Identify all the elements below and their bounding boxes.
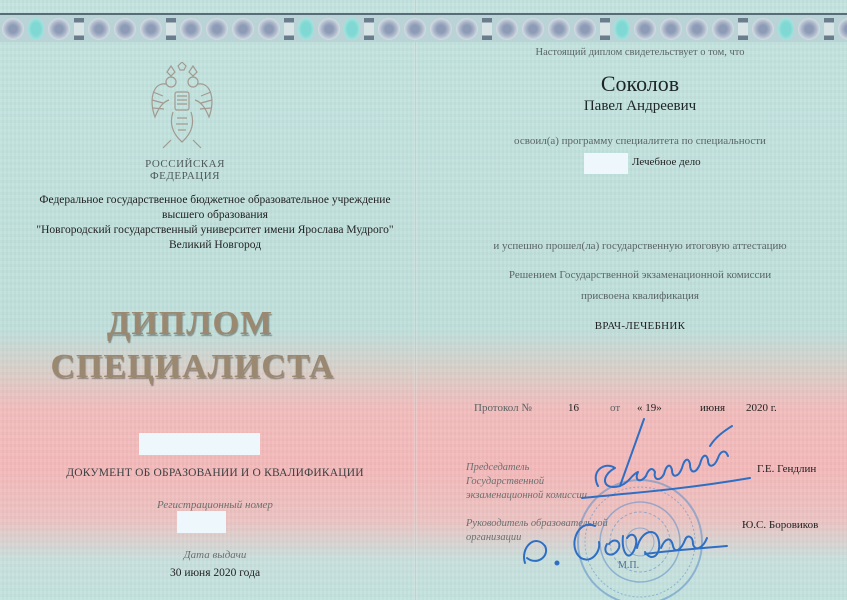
registration-number-redacted xyxy=(177,511,226,533)
specialty-code-redacted xyxy=(584,153,628,174)
head-name: Ю.С. Боровиков xyxy=(742,519,818,531)
protocol-day: « 19» xyxy=(637,402,662,414)
chair-signature-icon xyxy=(560,416,770,511)
ornament-icon xyxy=(752,18,774,40)
ornament-icon xyxy=(88,18,110,40)
protocol-month: июня xyxy=(700,402,725,414)
commission-decision-text: Решением Государственной экзаменационной… xyxy=(450,269,830,281)
specialty-name: Лечебное дело xyxy=(632,156,701,168)
institution-city: Великий Новгород xyxy=(20,238,410,253)
ornament-icon xyxy=(344,18,360,40)
ornament-icon xyxy=(206,18,228,40)
ornament-icon xyxy=(838,18,847,40)
registration-label: Регистрационный номер xyxy=(100,499,330,511)
document-caption: ДОКУМЕНТ ОБ ОБРАЗОВАНИИ И О КВАЛИФИКАЦИИ xyxy=(20,467,410,479)
ornament-icon xyxy=(778,18,794,40)
issue-date: 30 июня 2020 года xyxy=(100,567,330,579)
protocol-label: Протокол № xyxy=(474,402,532,414)
graduate-given-names: Павел Андреевич xyxy=(450,98,830,115)
graduate-surname: Соколов xyxy=(450,71,830,97)
ornament-icon xyxy=(600,18,610,40)
institution-line-2: высшего образования xyxy=(20,208,410,223)
page-fold xyxy=(414,0,417,600)
ornament-icon xyxy=(738,18,748,40)
protocol-number: 16 xyxy=(568,402,579,414)
serial-number-redacted xyxy=(139,433,260,455)
ornament-icon xyxy=(180,18,202,40)
ornament-icon xyxy=(798,18,820,40)
ornament-icon xyxy=(232,18,254,40)
ornament-icon xyxy=(824,18,834,40)
ornament-icon xyxy=(48,18,70,40)
ornament-icon xyxy=(28,18,44,40)
ornament-icon xyxy=(482,18,492,40)
ornament-icon xyxy=(140,18,162,40)
ornament-icon xyxy=(634,18,656,40)
coat-of-arms-icon xyxy=(147,62,217,152)
ornament-icon xyxy=(364,18,374,40)
head-signature-icon xyxy=(515,508,730,573)
ornamental-border xyxy=(0,13,847,42)
ornament-icon xyxy=(496,18,518,40)
diploma-title-line-2: СПЕЦИАЛИСТА xyxy=(20,348,365,386)
ornament-icon xyxy=(430,18,452,40)
protocol-from: от xyxy=(610,402,620,414)
country-name: РОССИЙСКАЯ ФЕДЕРАЦИЯ xyxy=(110,158,260,182)
ornament-icon xyxy=(318,18,340,40)
ornament-icon xyxy=(686,18,708,40)
ornament-icon xyxy=(522,18,544,40)
intro-text: Настоящий диплом свидетельствует о том, … xyxy=(450,47,830,58)
attestation-text: и успешно прошел(ла) государственную ито… xyxy=(450,240,830,252)
ornament-icon xyxy=(74,18,84,40)
issue-date-label: Дата выдачи xyxy=(100,549,330,561)
ornament-icon xyxy=(2,18,24,40)
diploma-title-line-1: ДИПЛОМ xyxy=(60,305,320,343)
ornament-icon xyxy=(298,18,314,40)
institution-line-1: Федеральное государственное бюджетное об… xyxy=(20,193,410,208)
qualification-assigned-text: присвоена квалификация xyxy=(450,290,830,302)
protocol-year: 2020 г. xyxy=(746,402,777,414)
ornament-icon xyxy=(284,18,294,40)
program-text: освоил(а) программу специалитета по спец… xyxy=(450,135,830,147)
institution-line-3: "Новгородский государственный университе… xyxy=(20,223,410,238)
ornament-icon xyxy=(712,18,734,40)
ornament-icon xyxy=(166,18,176,40)
ornament-icon xyxy=(114,18,136,40)
institution-block: Федеральное государственное бюджетное об… xyxy=(20,193,410,253)
qualification: ВРАЧ-ЛЕЧЕБНИК xyxy=(450,320,830,332)
ornament-icon xyxy=(378,18,400,40)
ornament-icon xyxy=(574,18,596,40)
ornament-icon xyxy=(456,18,478,40)
ornament-icon xyxy=(548,18,570,40)
ornament-icon xyxy=(258,18,280,40)
ornament-icon xyxy=(614,18,630,40)
ornament-icon xyxy=(404,18,426,40)
ornament-icon xyxy=(660,18,682,40)
